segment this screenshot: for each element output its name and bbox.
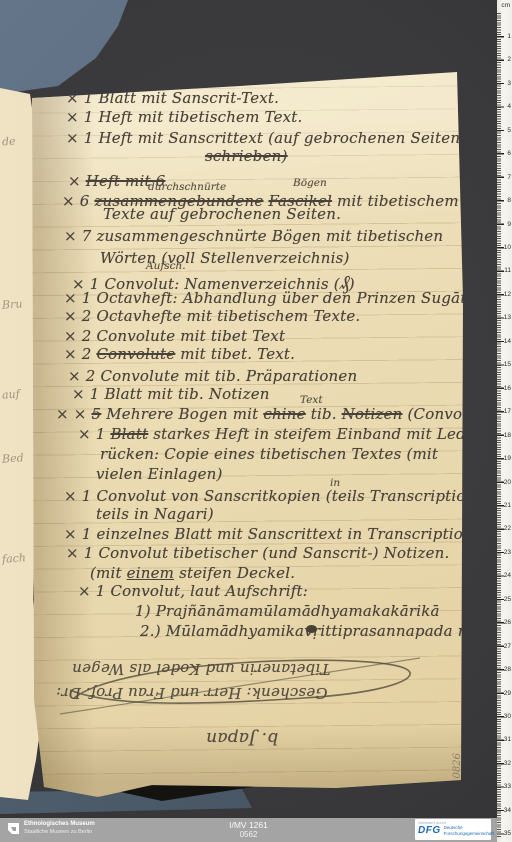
manuscript-line: × 2 Convolute mit tibet Text	[64, 327, 285, 345]
ruler-number: 21	[504, 502, 511, 509]
ruler-number: 34	[504, 807, 511, 814]
manuscript-line: × 2 Convolute mit tibet. Text.	[64, 345, 295, 363]
ruler: cm 1234567891011121314151617181920212223…	[497, 0, 512, 842]
margin-fragment: Bru	[2, 297, 23, 311]
manuscript-line: 2.) Mūlamādhyamikavṛittiprasannapada nām…	[140, 622, 500, 640]
margin-fragment: auf	[2, 387, 21, 401]
manuscript-line: × 1 Convolut von Sanscritkopien (teils T…	[64, 487, 480, 505]
ruler-number: 31	[504, 736, 511, 743]
manuscript-line: × 1 Octavheft: Abhandlung über den Prinz…	[64, 289, 488, 307]
manuscript-line: × 1 Heft mit Sanscrittext (auf gebrochen…	[66, 129, 489, 147]
manuscript-line: Tibetanerin und Kodel als Wegen	[72, 660, 330, 678]
ruler-number: 12	[504, 291, 511, 298]
manuscript-line: Wörten (voll Stellenverzeichnis)	[100, 249, 350, 267]
manuscript-line: 1) Prajñānāmamūlamādhyamakakārikā	[135, 602, 440, 620]
ruler-cm-ticks	[497, 36, 504, 838]
scan-footer-bar: Ethnologisches Museum Staatliche Museen …	[0, 818, 497, 842]
ruler-number: 18	[504, 432, 511, 439]
manuscript-line: Bögen	[293, 177, 327, 189]
manuscript-line: vielen Einlagen)	[96, 465, 223, 483]
manuscript-line: × 1 Convolut tibetischer (und Sanscrit-)…	[66, 544, 449, 562]
ruler-number: 20	[504, 479, 511, 486]
ruler-number: 32	[504, 760, 511, 767]
ruler-number: 35	[504, 830, 511, 837]
ruler-number: 1	[507, 33, 511, 40]
ruler-number: 7	[507, 174, 511, 181]
manuscript-line: Texte auf gebrochenen Seiten.	[103, 205, 341, 223]
margin-fragment: de	[2, 135, 16, 149]
ruler-number: 25	[504, 596, 511, 603]
manuscript-line: × 1 Convolut, laut Aufschrift:	[78, 582, 308, 600]
manuscript-line: × 1 Blatt mit tib. Notizen	[72, 385, 270, 403]
ruler-number: 27	[504, 643, 511, 650]
ruler-number: 2	[507, 56, 511, 63]
ruler-number: 15	[504, 361, 511, 368]
ruler-number: 26	[504, 619, 511, 626]
ruler-number: 23	[504, 549, 511, 556]
ruler-number: 3	[507, 80, 511, 87]
ruler-number: 19	[504, 455, 511, 462]
dfg-logo: Gefördert durch DFG Deutsche Forschungsg…	[415, 819, 491, 840]
ruler-number: 29	[504, 690, 511, 697]
manuscript-line: teils in Nagari)	[96, 505, 214, 523]
ruler-number: 8	[507, 197, 511, 204]
manuscript-line: × 1 einzelnes Blatt mit Sanscrittext in …	[64, 525, 478, 543]
ruler-number: 10	[504, 244, 511, 251]
ruler-unit-label: cm	[501, 2, 510, 9]
ruler-number: 9	[507, 221, 511, 228]
ruler-number: 22	[504, 525, 511, 532]
manuscript-line: schrieben)	[205, 147, 288, 165]
ruler-number: 17	[504, 408, 511, 415]
ruler-number: 30	[504, 713, 511, 720]
manuscript-line: × 1 Blatt starkes Heft in steifem Einban…	[78, 425, 488, 443]
manuscript-line: × 2 Convolute mit tib. Präparationen	[68, 367, 357, 385]
ruler-number: 13	[504, 314, 511, 321]
manuscript-line: × × 5 Mehrere Bogen mit chine tib. Notiz…	[56, 405, 489, 423]
ruler-number: 6	[507, 150, 511, 157]
ruler-number: 5	[507, 127, 511, 134]
manuscript-line: Geschenk: Herr und Frau Prof. Dr:	[56, 684, 327, 702]
margin-fragment: fach	[2, 551, 27, 566]
manuscript-line: b. Japan	[206, 728, 278, 748]
ruler-number: 4	[507, 103, 511, 110]
manuscript-line: × 7 zusammengeschnürte Bögen mit tibetis…	[64, 227, 443, 245]
ruler-number: 33	[504, 783, 511, 790]
ruler-number: 11	[504, 267, 511, 274]
manuscript-line: (mit einem steifen Deckel.	[90, 564, 295, 582]
ruler-number: 28	[504, 666, 511, 673]
manuscript-line: × 1 Heft mit tibetischem Text.	[66, 108, 303, 126]
manuscript-line: rücken: Copie eines tibetischen Textes (…	[100, 445, 438, 463]
ruler-number: 16	[504, 385, 511, 392]
dfg-full-name: Deutsche Forschungsgemeinschaft	[444, 825, 486, 835]
ruler-number: 24	[504, 572, 511, 579]
margin-fragment: Bed	[2, 451, 24, 465]
ruler-number: 14	[504, 338, 511, 345]
manuscript-line: × 2 Octavhefte mit tibetischem Texte.	[64, 307, 360, 325]
dfg-acronym: DFG	[418, 825, 441, 836]
manuscript-page: TA 0826 3III× 1 starkes Octavheft mit ti…	[0, 0, 512, 842]
